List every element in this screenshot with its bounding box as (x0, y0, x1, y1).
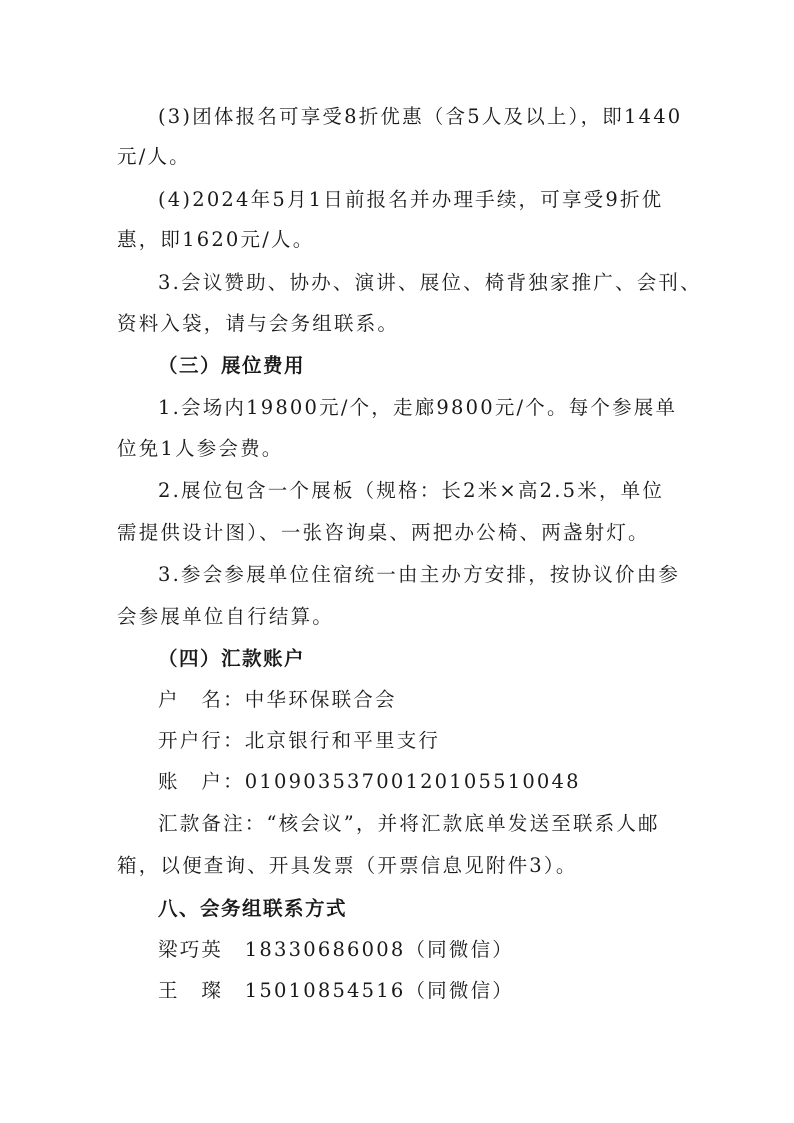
account-name: 户 名：中华环保联合会 (158, 686, 397, 714)
section-heading-contact: 八、会务组联系方式 (158, 895, 347, 923)
contact-liang: 梁巧英 18330686008（同微信） (158, 936, 514, 964)
contact-wang: 王 璨 15010854516（同微信） (158, 977, 514, 1005)
text-line-sponsorship: 3.会议赞助、协办、演讲、展位、椅背独家推广、会刊、 (158, 269, 702, 297)
account-number: 账 户：01090353700120105510048 (158, 768, 581, 796)
text-line-early-discount-cont: 惠，即1620元/人。 (117, 226, 314, 254)
section-heading-remittance: （四）汇款账户 (158, 645, 305, 673)
section-heading-booth-fees: （三）展位费用 (158, 352, 305, 380)
text-line-early-discount: (4)2024年5月1日前报名并办理手续，可享受9折优 (158, 186, 663, 214)
text-line-booth-includes-cont: 需提供设计图）、一张咨询桌、两把办公椅、两盏射灯。 (117, 519, 650, 547)
text-line-group-discount-cont: 元/人。 (117, 143, 191, 171)
account-bank: 开户行：北京银行和平里支行 (158, 727, 440, 755)
text-line-booth-price-cont: 位免1人参会费。 (117, 435, 284, 463)
text-line-accommodation-cont: 会参展单位自行结算。 (117, 603, 334, 631)
text-line-group-discount: (3)团体报名可享受8折优惠（含5人及以上），即1440 (158, 103, 682, 131)
text-line-booth-includes: 2.展位包含一个展板（规格：长2米×高2.5米，单位 (158, 477, 664, 505)
text-line-accommodation: 3.参会参展单位住宿统一由主办方安排，按协议价由参 (158, 561, 680, 589)
text-line-booth-price: 1.会场内19800元/个，走廊9800元/个。每个参展单 (158, 394, 677, 422)
text-line-remittance-note: 汇款备注：“核会议”，并将汇款底单发送至联系人邮 (158, 810, 660, 838)
text-line-sponsorship-cont: 资料入袋，请与会务组联系。 (117, 310, 399, 338)
text-line-remittance-note-cont: 箱，以便查询、开具发票（开票信息见附件3）。 (117, 852, 578, 880)
